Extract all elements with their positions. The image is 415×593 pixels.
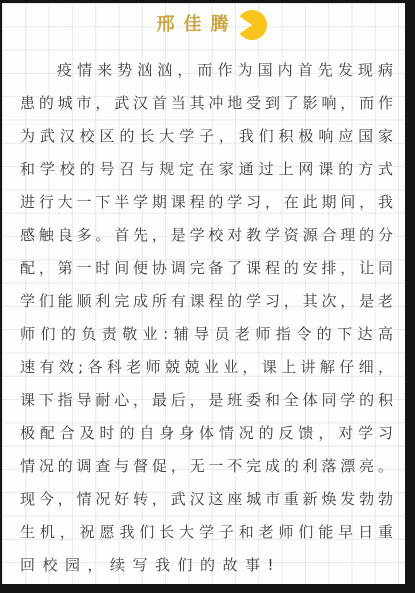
essay-line: 极配合及时的自身身体情况的反馈，对学习 (20, 417, 393, 450)
page-header: 邢佳腾 (10, 3, 413, 42)
author-name: 邢佳腾 (157, 10, 238, 40)
essay-line: 患的城市，武汉首当其冲地受到了影响，而作 (20, 87, 393, 120)
essay-line: 学们能顺利完成所有课程的学习，其次，是老 (20, 285, 393, 318)
essay-line: 回校园，续写我们的故事! (20, 549, 393, 582)
essay-line: 课下指导耐心，最后，是班委和全体同学的积 (20, 384, 393, 417)
essay-body: 疫情来势汹汹，而作为国内首先发现病 患的城市，武汉首当其冲地受到了影响，而作 为… (2, 54, 405, 582)
essay-line: 情况的调查与督促，无一不完成的利落漂亮。 (20, 450, 393, 483)
essay-line: 疫情来势汹汹，而作为国内首先发现病 (20, 54, 393, 87)
essay-line: 进行大一下半学期课程的学习，在此期间，我 (20, 186, 393, 219)
essay-line: 感触良多。首先，是学校对教学资源合理的分 (20, 219, 393, 252)
essay-line: 为武汉校区的长大学子，我们积极响应国家 (20, 120, 393, 153)
essay-line: 和学校的号召与规定在家通过上网课的方式 (20, 153, 393, 186)
pacman-icon (237, 10, 267, 40)
essay-line: 师们的负责敬业:辅导员老师指令的下达高 (20, 318, 393, 351)
essay-line: 生机，祝愿我们长大学子和老师们能早日重 (20, 516, 393, 549)
essay-line: 现今，情况好转，武汉这座城市重新焕发勃勃 (20, 483, 393, 516)
essay-line: 速有效;各科老师兢兢业业，课上讲解仔细， (20, 351, 393, 384)
essay-line: 配，第一时间便协调完备了课程的安排，让同 (20, 252, 393, 285)
notebook-page: 邢佳腾 疫情来势汹汹，而作为国内首先发现病 患的城市，武汉首当其冲地受到了影响，… (0, 0, 415, 593)
